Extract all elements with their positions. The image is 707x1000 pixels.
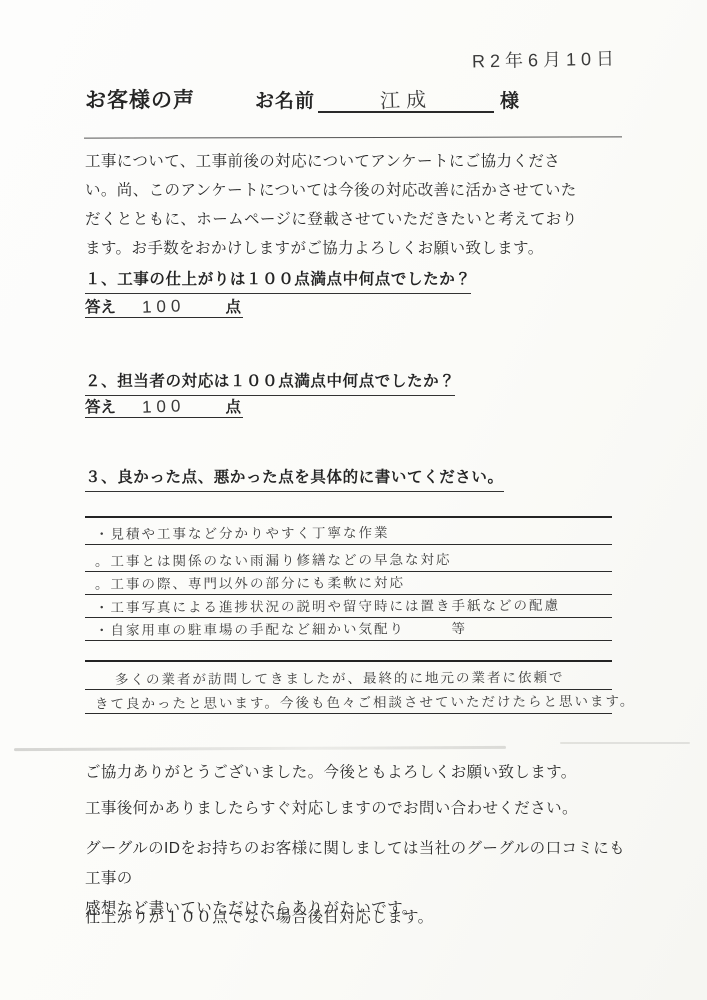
comment-row: 多くの業者が訪問してきましたが、最終的に地元の業者に依頼で [85, 662, 612, 690]
honorific-label: 様 [500, 86, 519, 113]
comment-row: きて良かったと思います。今後も色々ご相談させていただけたらと思います。 [85, 690, 612, 714]
header-divider [84, 136, 622, 138]
handwritten-score-1: 100 [142, 296, 186, 318]
handwritten-name: 江成 [380, 83, 433, 114]
answer-label: 答え [85, 395, 116, 417]
name-label: お名前 [255, 86, 315, 113]
handwritten-bullet-2: 。工事とは関係のない雨漏り修繕などの早急な対応 [95, 548, 452, 570]
bullet-row: 。工事の際、専門以外の部分にも柔軟に対応 [85, 572, 612, 595]
answer-label: 答え [85, 295, 116, 317]
question-1-heading: １、工事の仕上がりは１００点満点中何点でしたか？ [85, 267, 471, 294]
question-2-heading: ２、担当者の対応は１００点満点中何点でしたか？ [85, 369, 455, 396]
bullet-row: ・見積や工事など分かりやすく丁寧な作業 [85, 518, 612, 545]
handwritten-date: R2年6月10日 [472, 44, 620, 73]
points-unit-label: 点 [225, 295, 241, 317]
handwritten-comment-block: 多くの業者が訪問してきましたが、最終的に地元の業者に依頼で きて良かったと思いま… [85, 660, 612, 714]
name-field: 江成 [318, 84, 494, 113]
scanned-survey-page: R2年6月10日 お客様の声 お名前 江成 様 工事について、工事前後の対応につ… [0, 0, 707, 1000]
handwritten-bullet-4: ・工事写真による進捗状況の説明や留守時には置き手紙などの配慮 [95, 594, 560, 616]
bullet-row: ・工事写真による進捗状況の説明や留守時には置き手紙などの配慮 [85, 595, 612, 618]
scan-artifact [560, 742, 690, 744]
bullet-row: ・自家用車の駐車場の手配など細かい気配り 等 [85, 618, 612, 641]
handwritten-comment-line-2: きて良かったと思います。今後も色々ご相談させていただけたらと思います。 [95, 690, 635, 713]
footer-thanks-text: ご協力ありがとうございました。今後ともよろしくお願い致します。 [85, 758, 637, 788]
question-2-answer-row: 答え 100 点 [85, 393, 243, 418]
page-title: お客様の声 [85, 84, 195, 114]
question-1-answer-row: 答え 100 点 [85, 293, 243, 318]
footer-redo-policy-text: 仕上がりが１００点でない場合後日対応します。 [85, 903, 637, 933]
handwritten-bullets-block: ・見積や工事など分かりやすく丁寧な作業 。工事とは関係のない雨漏り修繕などの早急… [85, 516, 612, 641]
question-3-heading: ３、良かった点、悪かった点を具体的に書いてください。 [85, 465, 504, 492]
handwritten-comment-line-1: 多くの業者が訪問してきましたが、最終的に地元の業者に依頼で [115, 666, 565, 688]
handwritten-bullet-3: 。工事の際、専門以外の部分にも柔軟に対応 [95, 571, 405, 593]
intro-paragraph: 工事について、工事前後の対応についてアンケートにご協力くださ い。尚、このアンケ… [85, 147, 633, 263]
handwritten-bullet-1: ・見積や工事など分かりやすく丁寧な作業 [95, 521, 390, 543]
scan-artifact [14, 746, 506, 751]
handwritten-score-2: 100 [142, 396, 186, 418]
handwritten-bullet-5: ・自家用車の駐車場の手配など細かい気配り 等 [95, 617, 467, 639]
footer-after-service-text: 工事後何かありましたらすぐ対応しますのでお問い合わせください。 [85, 794, 637, 824]
points-unit-label: 点 [225, 395, 241, 417]
bullet-row: 。工事とは関係のない雨漏り修繕などの早急な対応 [85, 545, 612, 572]
